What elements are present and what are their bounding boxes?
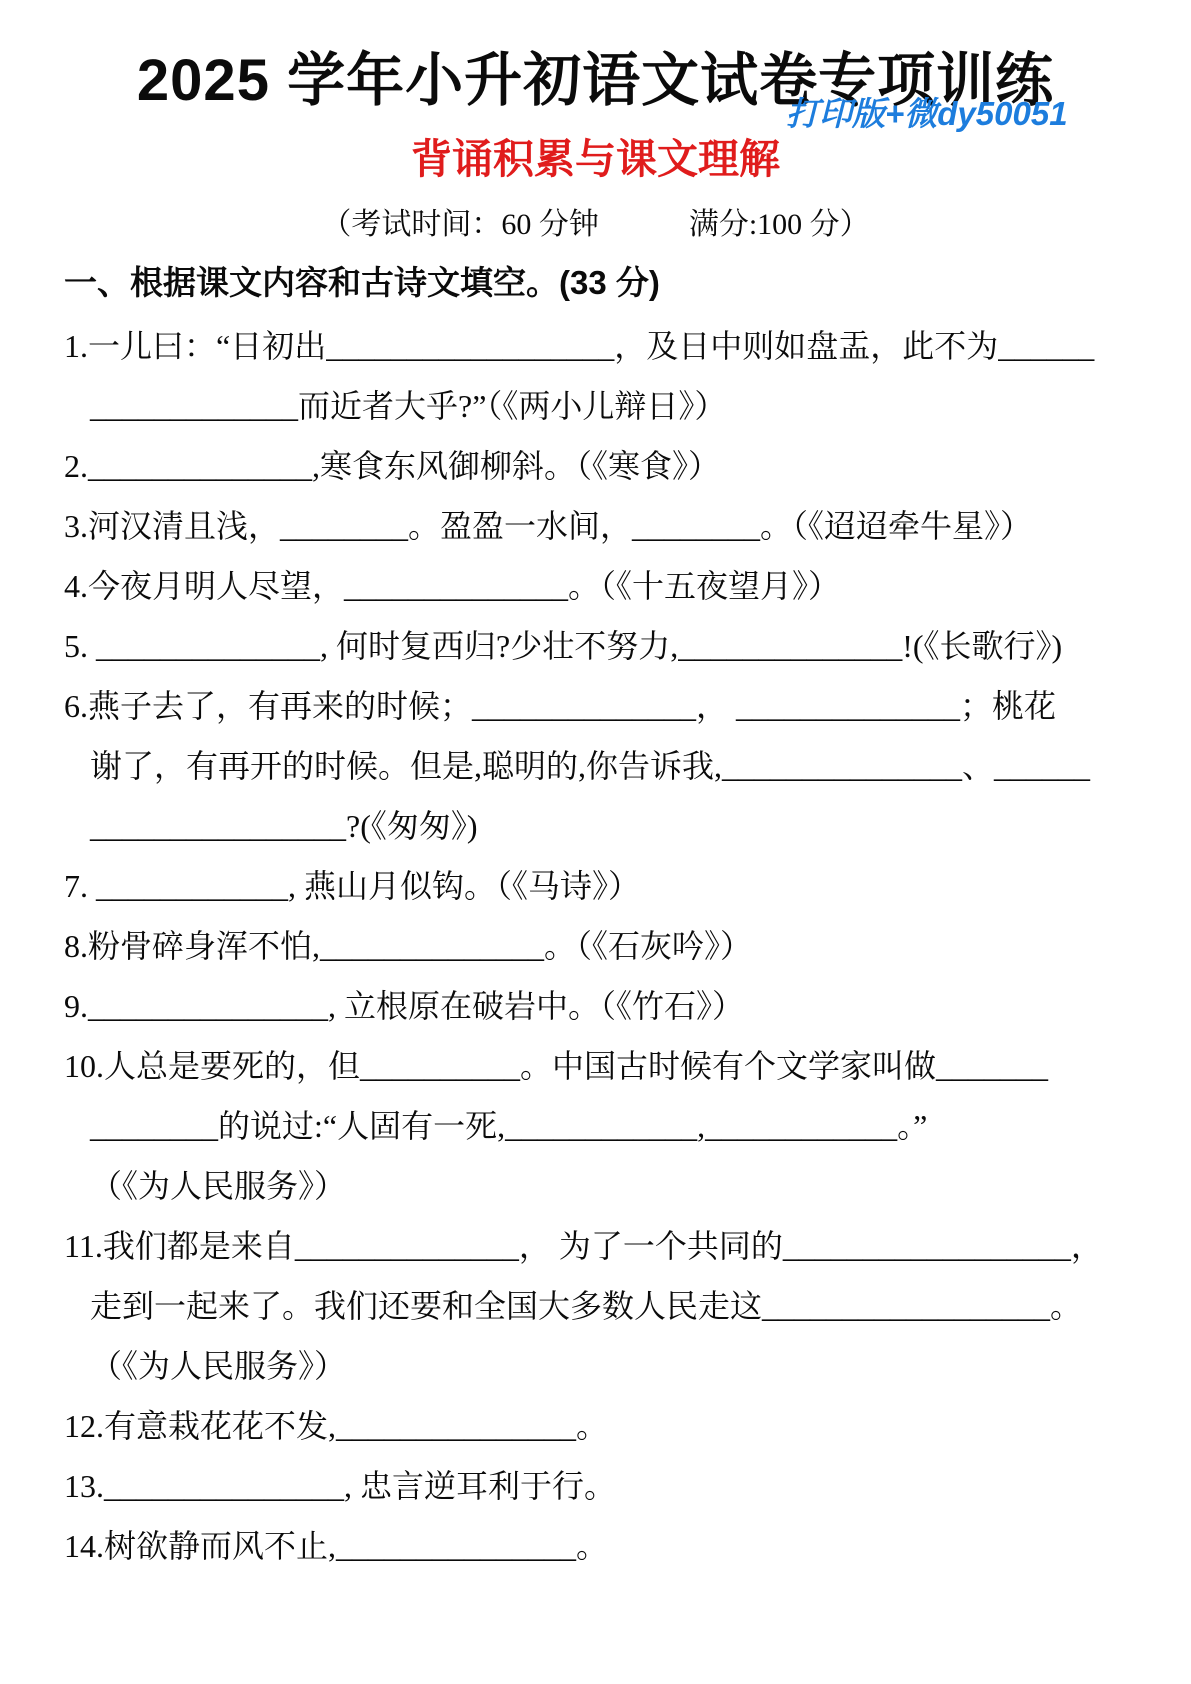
question-10-line-2: ________的说过:“人固有一死,____________,________…: [64, 1096, 1155, 1156]
question-13-line-1: 13._______________, 忠言逆耳利于行。: [64, 1456, 1155, 1516]
watermark-text: 打印版+微dy50051: [786, 88, 1068, 135]
section-heading: 一、根据课文内容和古诗文填空。(33 分): [64, 257, 1151, 304]
question-5-line-1: 5. ______________, 何时复西归?少壮不努力,_________…: [64, 616, 1155, 676]
question-11-line-1: 11.我们都是来自______________， 为了一个共同的________…: [64, 1216, 1155, 1276]
question-10-line-1: 10.人总是要死的，但__________。中国古时候有个文学家叫做______…: [64, 1036, 1155, 1096]
question-3-line-1: 3.河汉清且浅，________。盈盈一水间，________。（《迢迢牵牛星》…: [64, 496, 1155, 556]
question-6-line-2: 谢了，有再开的时候。但是,聪明的,你告诉我,_______________、__…: [64, 736, 1155, 796]
question-14-line-1: 14.树欲静而风不止,_______________。: [64, 1516, 1155, 1576]
question-12-line-1: 12.有意栽花花不发,_______________。: [64, 1396, 1155, 1456]
question-11-line-3: （《为人民服务》）: [64, 1336, 1155, 1396]
question-7-line-1: 7. ____________, 燕山月似钩。（《马诗》）: [64, 856, 1155, 916]
question-2-line-1: 2.______________,寒食东风御柳斜。（《寒食》）: [64, 436, 1155, 496]
question-8-line-1: 8.粉骨碎身浑不怕,______________。（《石灰吟》）: [64, 916, 1155, 976]
exam-info-line: （考试时间：60 分钟 满分:100 分）: [0, 199, 1191, 243]
question-list: 1.一儿曰：“日初出__________________，及日中则如盘盂，此不为…: [64, 316, 1155, 1576]
question-1-line-2: _____________而近者大乎?”（《两小儿辩日》）: [64, 376, 1155, 436]
question-10-line-3: （《为人民服务》）: [64, 1156, 1155, 1216]
question-4-line-1: 4.今夜月明人尽望，______________。（《十五夜望月》）: [64, 556, 1155, 616]
question-6-line-1: 6.燕子去了，有再来的时候；______________， __________…: [64, 676, 1155, 736]
question-9-line-1: 9._______________, 立根原在破岩中。（《竹石》）: [64, 976, 1155, 1036]
question-1-line-1: 1.一儿曰：“日初出__________________，及日中则如盘盂，此不为…: [64, 316, 1155, 376]
question-11-line-2: 走到一起来了。我们还要和全国大多数人民走这__________________。: [64, 1276, 1155, 1336]
exam-page: 2025 学年小升初语文试卷专项训练 打印版+微dy50051 背诵积累与课文理…: [0, 0, 1191, 1684]
question-6-line-3: ________________?(《匆匆》): [64, 796, 1155, 856]
